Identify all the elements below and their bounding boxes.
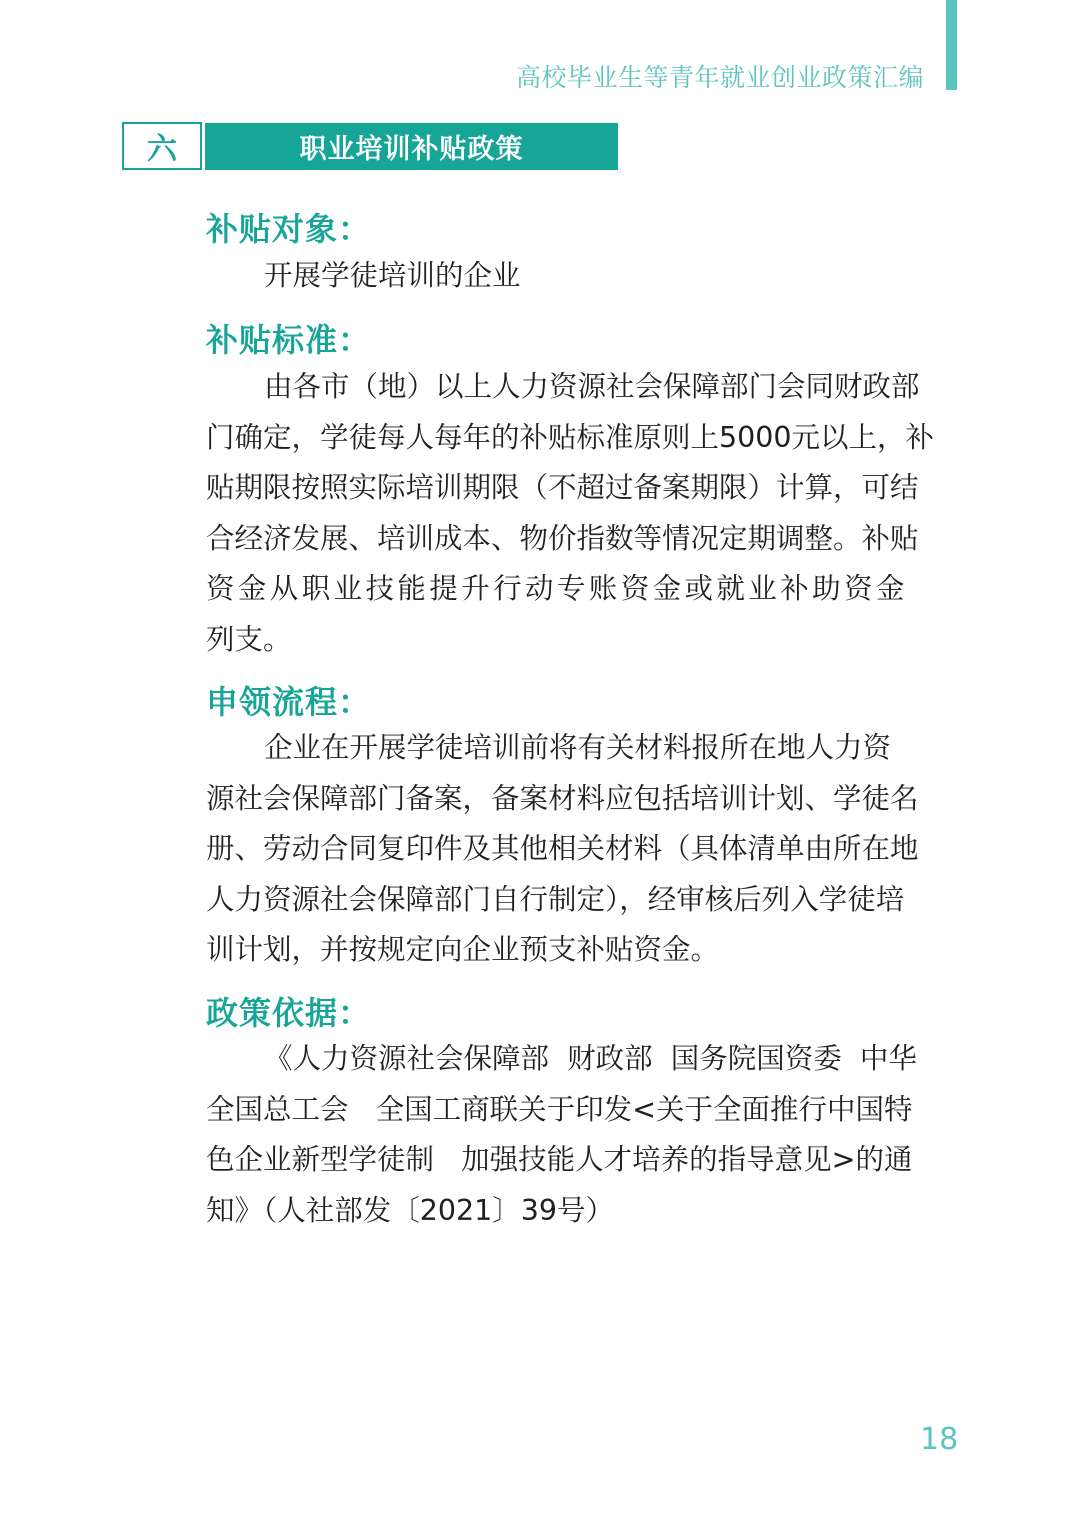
paragraph-line: 合经济发展、培训成本、物价指数等情况定期调整。补贴 — [206, 514, 962, 565]
paragraph-line: 开展学徒培训的企业 — [206, 251, 962, 302]
heading-application-process: 申领流程： — [206, 677, 371, 723]
application-process-text: 企业在开展学徒培训前将有关材料报所在地人力资 源社会保障部门备案，备案材料应包括… — [206, 723, 962, 976]
heading-policy-basis: 政策依据： — [206, 988, 371, 1034]
paragraph-line: 训计划，并按规定向企业预支补贴资金。 — [206, 925, 962, 976]
subsidy-target-text: 开展学徒培训的企业 — [206, 251, 962, 302]
heading-subsidy-target: 补贴对象： — [206, 204, 371, 250]
running-title: 高校毕业生等青年就业创业政策汇编 — [516, 58, 924, 94]
heading-subsidy-standard: 补贴标准： — [206, 315, 371, 361]
paragraph-line: 册、劳动合同复印件及其他相关材料（具体清单由所在地 — [206, 824, 962, 875]
paragraph-line: 人力资源社会保障部门自行制定），经审核后列入学徒培 — [206, 875, 962, 926]
paragraph-line: 列支。 — [206, 615, 962, 666]
subsidy-standard-text: 由各市（地）以上人力资源社会保障部门会同财政部 门确定，学徒每人每年的补贴标准原… — [206, 362, 962, 665]
paragraph-line: 企业在开展学徒培训前将有关材料报所在地人力资 — [206, 723, 962, 774]
policy-basis-text: 《人力资源社会保障部 财政部 国务院国资委 中华 全国总工会 全国工商联关于印发… — [206, 1034, 962, 1236]
paragraph-line: 贴期限按照实际培训期限（不超过备案期限）计算，可结 — [206, 463, 962, 514]
paragraph-line: 《人力资源社会保障部 财政部 国务院国资委 中华 — [206, 1034, 962, 1085]
paragraph-line: 门确定，学徒每人每年的补贴标准原则上5000元以上，补 — [206, 413, 962, 464]
paragraph-line: 知》（人社部发〔2021〕39号） — [206, 1186, 962, 1237]
page-number: 18 — [920, 1422, 958, 1457]
paragraph-line: 资金从职业技能提升行动专账资金或就业补助资金 — [206, 564, 962, 615]
section-title: 职业培训补贴政策 — [205, 123, 618, 170]
paragraph-line: 色企业新型学徒制 加强技能人才培养的指导意见>的通 — [206, 1135, 962, 1186]
header-accent-bar — [946, 0, 957, 90]
paragraph-line: 由各市（地）以上人力资源社会保障部门会同财政部 — [206, 362, 962, 413]
section-number: 六 — [122, 122, 202, 170]
paragraph-line: 全国总工会 全国工商联关于印发<关于全面推行中国特 — [206, 1085, 962, 1136]
paragraph-line: 源社会保障部门备案，备案材料应包括培训计划、学徒名 — [206, 774, 962, 825]
